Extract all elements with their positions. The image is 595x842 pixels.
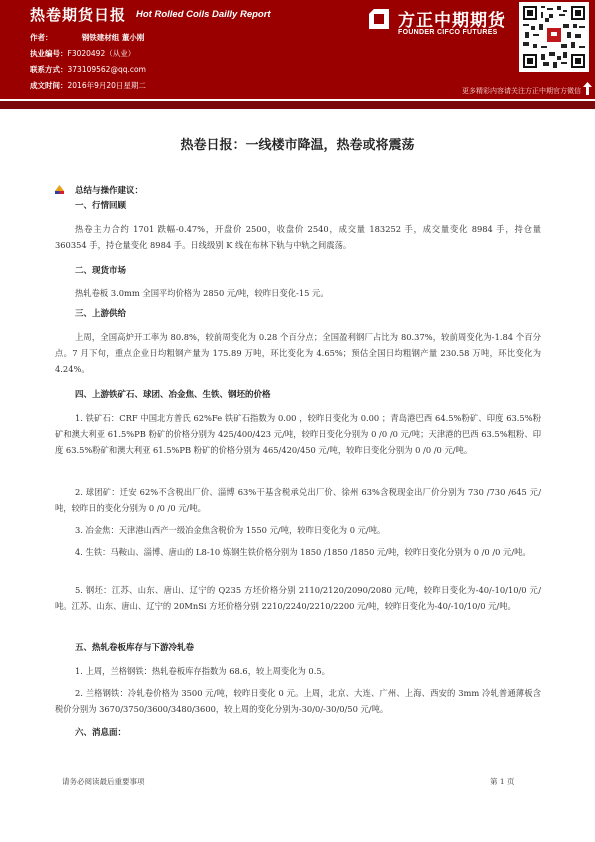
section-heading-upstream-prices: 四、上游铁矿石、球团、冶金焦、生铁、钢坯的价格 bbox=[75, 388, 271, 400]
paragraph-iron-ore: 1. 铁矿石：CRF 中国北方普氏 62%Fe 铁矿石指数为 0.00 ，较昨日… bbox=[55, 410, 541, 458]
page-number: 第 1 页 bbox=[490, 776, 515, 787]
arrow-up-icon bbox=[583, 82, 592, 95]
date-value: 2016年9月20日星期二 bbox=[68, 81, 146, 90]
paragraph-pig-iron: 4. 生铁：马鞍山、淄博、唐山的 L8-10 炼钢生铁价格分别为 1850 /1… bbox=[55, 544, 541, 560]
paragraph-pellets: 2. 球团矿：迁安 62%不含税出厂价、淄博 63%干基含税承兑出厂价、徐州 6… bbox=[55, 484, 541, 516]
paragraph-spot-market: 热轧卷板 3.0mm 全国平均价格为 2850 元/吨，较昨日变化-15 元。 bbox=[55, 285, 541, 301]
document-title: 热卷日报：一线楼市降温，热卷或将震荡 bbox=[0, 134, 595, 153]
section-heading-spot-market: 二、现货市场 bbox=[75, 264, 126, 276]
qr-code-icon bbox=[523, 6, 585, 68]
contact-value[interactable]: 373109562@qq.com bbox=[68, 65, 146, 74]
report-header: 热卷期货日报 Hot Rolled Coils Dailly Report 作者… bbox=[0, 0, 595, 99]
section-heading-inventory: 五、热轧卷板库存与下游冷轧卷 bbox=[75, 641, 194, 653]
license-row: 执业编号：F3020492（从业） bbox=[30, 48, 135, 59]
license-value: F3020492（从业） bbox=[68, 49, 136, 58]
logo-mark-icon bbox=[368, 8, 390, 30]
section-heading-news: 六、消息面： bbox=[75, 726, 126, 738]
paragraph-inventory-index: 1. 上周，兰格钢铁：热轧卷板库存指数为 68.6，较上周变化为 0.5。 bbox=[55, 663, 541, 679]
paragraph-cold-rolled: 2. 兰格钢铁：冷轧卷价格为 3500 元/吨，较昨日变化 0 元。上周，北京、… bbox=[55, 685, 541, 717]
contact-row: 联系方式：373109562@qq.com bbox=[30, 64, 146, 75]
paragraph-billets: 5. 钢坯：江苏、山东、唐山、辽宁的 Q235 方坯价格分别 2110/2120… bbox=[55, 582, 541, 614]
author-row: 作者： 钢铁建材组 董小刚 bbox=[30, 32, 144, 43]
section-heading-upstream-supply: 三、上游供给 bbox=[75, 307, 126, 319]
header-divider-dark bbox=[0, 101, 595, 109]
follow-wechat-link[interactable]: 更多精彩内容请关注方正中期官方微信 bbox=[462, 86, 581, 96]
summary-heading: 总结与操作建议： bbox=[75, 184, 143, 196]
company-logo: 方正中期期货 FOUNDER CIFCO FUTURES bbox=[368, 6, 518, 42]
paragraph-coke: 3. 冶金焦：天津港山西产一级冶金焦含税价为 1550 元/吨，较昨日变化为 0… bbox=[55, 522, 541, 538]
logo-text-en: FOUNDER CIFCO FUTURES bbox=[398, 29, 498, 36]
logo-text-cn: 方正中期期货 bbox=[398, 6, 506, 31]
paragraph-upstream-supply: 上周，全国高炉开工率为 80.8%，较前周变化为 0.28 个百分点；全国盈利钢… bbox=[55, 329, 541, 377]
author-value: 钢铁建材组 董小刚 bbox=[82, 33, 145, 42]
license-label: 执业编号： bbox=[30, 49, 68, 58]
section-heading-market-review: 一、行情回顾 bbox=[75, 199, 126, 211]
paragraph-market-review: 热卷主力合约 1701 跌幅-0.47%，开盘价 2500，收盘价 2540，成… bbox=[55, 221, 541, 253]
contact-label: 联系方式： bbox=[30, 65, 68, 74]
bullet-icon bbox=[55, 185, 64, 194]
date-row: 成文时间：2016年9月20日星期二 bbox=[30, 80, 146, 91]
author-label: 作者： bbox=[30, 33, 53, 42]
report-title-cn: 热卷期货日报 bbox=[30, 4, 126, 25]
wechat-qr-code[interactable] bbox=[519, 2, 589, 72]
report-title-en: Hot Rolled Coils Dailly Report bbox=[136, 9, 271, 20]
date-label: 成文时间： bbox=[30, 81, 68, 90]
footer-disclaimer: 请务必阅读最后重要事项 bbox=[62, 776, 145, 787]
